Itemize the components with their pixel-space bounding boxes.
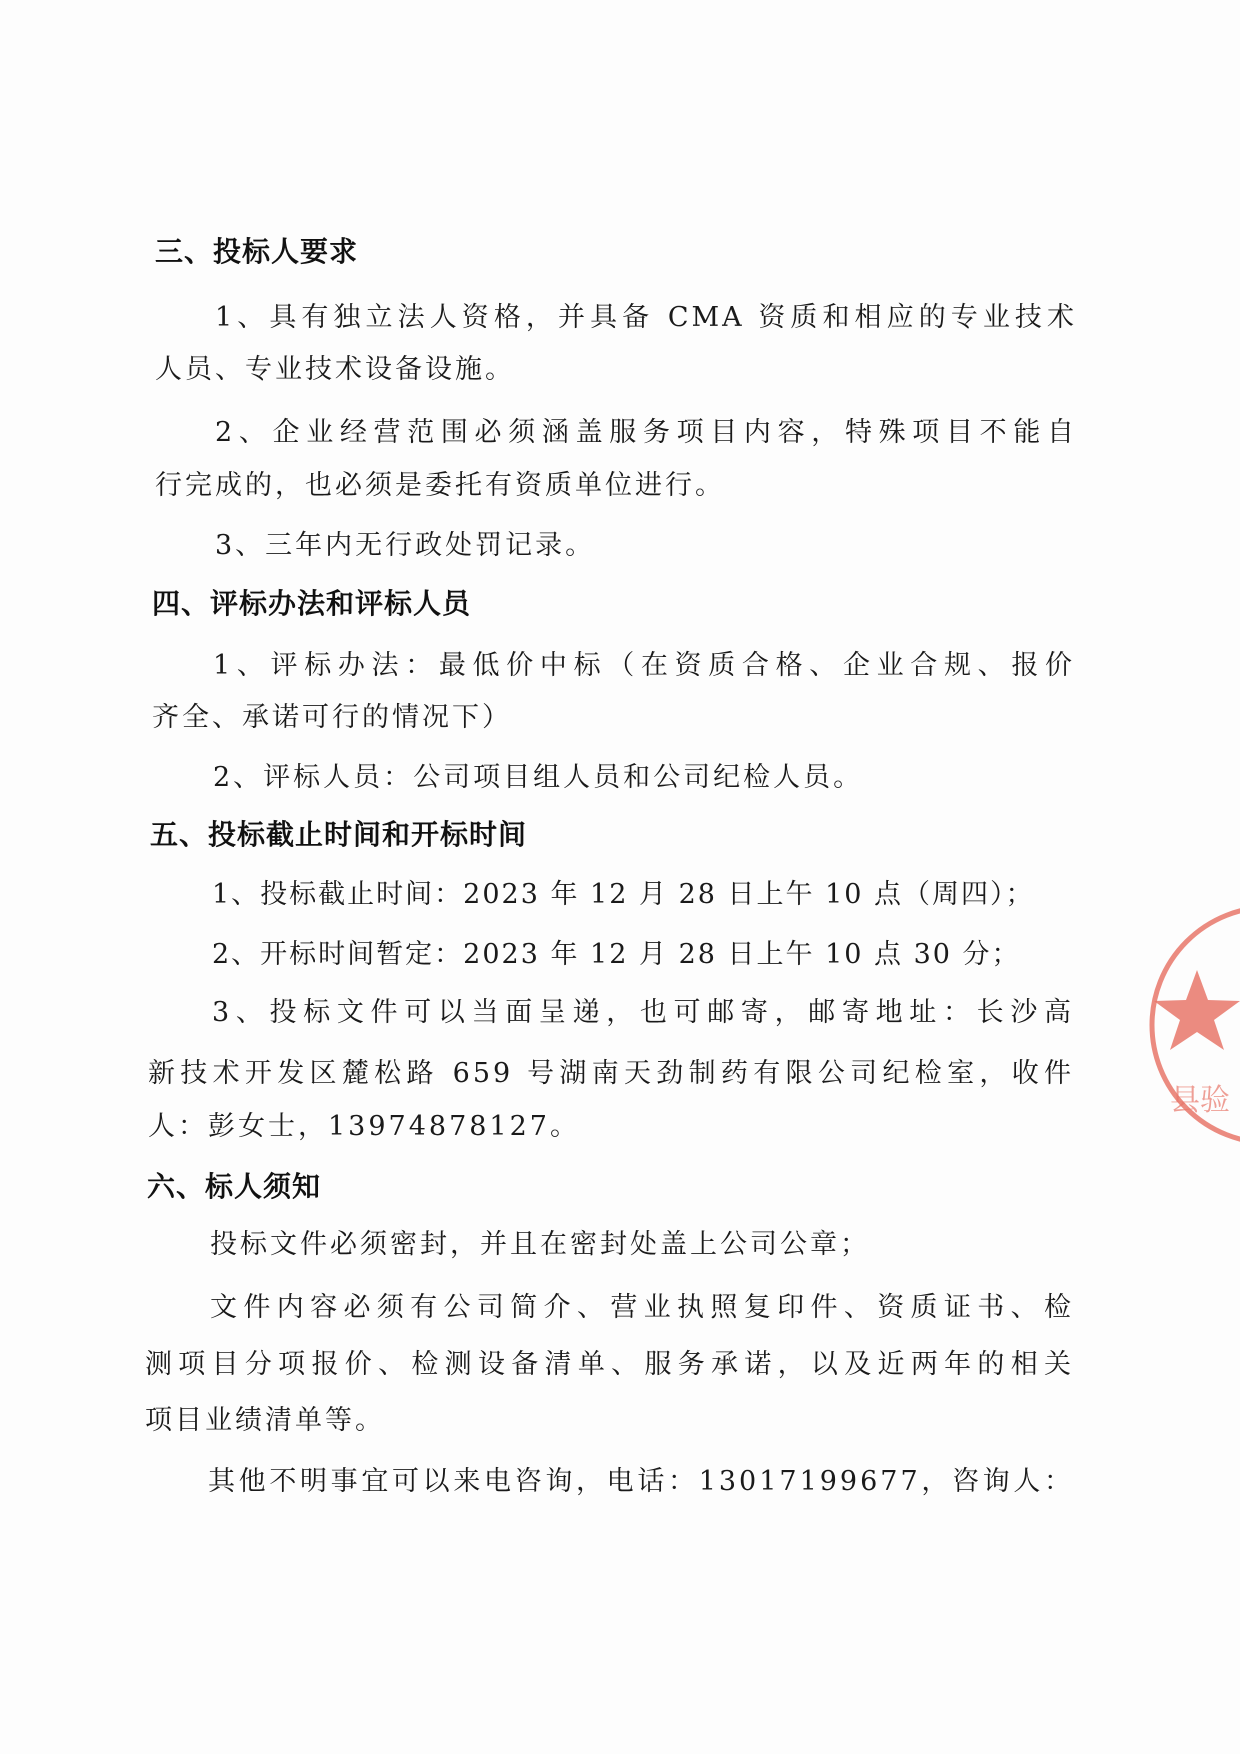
paragraph-line: 投标文件必须密封，并且在密封处盖上公司公章； (210, 1228, 870, 1262)
paragraph-line: 2、企业经营范围必须涵盖服务项目内容，特殊项目不能自 (215, 416, 1077, 450)
paragraph-line: 3、投标文件可以当面呈递，也可邮寄，邮寄地址：长沙高 (212, 996, 1074, 1030)
paragraph-line: 人员、专业技术设备设施。 (155, 353, 515, 387)
star-icon (1154, 970, 1240, 1050)
paragraph-line: 项目业绩清单等。 (145, 1404, 385, 1438)
paragraph-line: 3、三年内无行政处罚记录。 (215, 529, 595, 563)
contact-line: 人：彭女士，13974878127。 (148, 1110, 580, 1144)
paragraph-line: 行完成的，也必须是委托有资质单位进行。 (155, 469, 725, 503)
address-line: 新技术开发区麓松路 659 号湖南天劲制药有限公司纪检室，收件 (148, 1057, 1074, 1091)
document-page: 三、投标人要求 1、具有独立法人资格，并具备 CMA 资质和相应的专业技术 人员… (0, 0, 1240, 1754)
section-heading-3: 三、投标人要求 (155, 235, 358, 269)
paragraph-line: 测项目分项报价、检测设备清单、服务承诺，以及近两年的相关 (145, 1348, 1074, 1382)
section-heading-5: 五、投标截止时间和开标时间 (150, 818, 527, 852)
paragraph-line: 齐全、承诺可行的情况下） (152, 701, 512, 735)
paragraph-line: 1、具有独立法人资格，并具备 CMA 资质和相应的专业技术 (215, 301, 1077, 335)
paragraph-line: 2、评标人员：公司项目组人员和公司纪检人员。 (213, 761, 863, 795)
stamp-text: 县验 (1170, 1083, 1230, 1118)
inquiry-line: 其他不明事宜可以来电咨询，电话：13017199677，咨询人： (208, 1465, 1074, 1499)
company-seal-stamp: 县验 (1140, 895, 1240, 1155)
deadline-line: 1、投标截止时间：2023 年 12 月 28 日上午 10 点（周四）； (212, 878, 1035, 912)
opening-time-line: 2、开标时间暂定：2023 年 12 月 28 日上午 10 点 30 分； (212, 938, 1021, 972)
paragraph-line: 1、评标办法：最低价中标（在资质合格、企业合规、报价 (213, 649, 1075, 683)
section-heading-4: 四、评标办法和评标人员 (152, 587, 471, 621)
section-heading-6: 六、标人须知 (147, 1170, 321, 1204)
paragraph-line: 文件内容必须有公司简介、营业执照复印件、资质证书、检 (210, 1291, 1074, 1325)
